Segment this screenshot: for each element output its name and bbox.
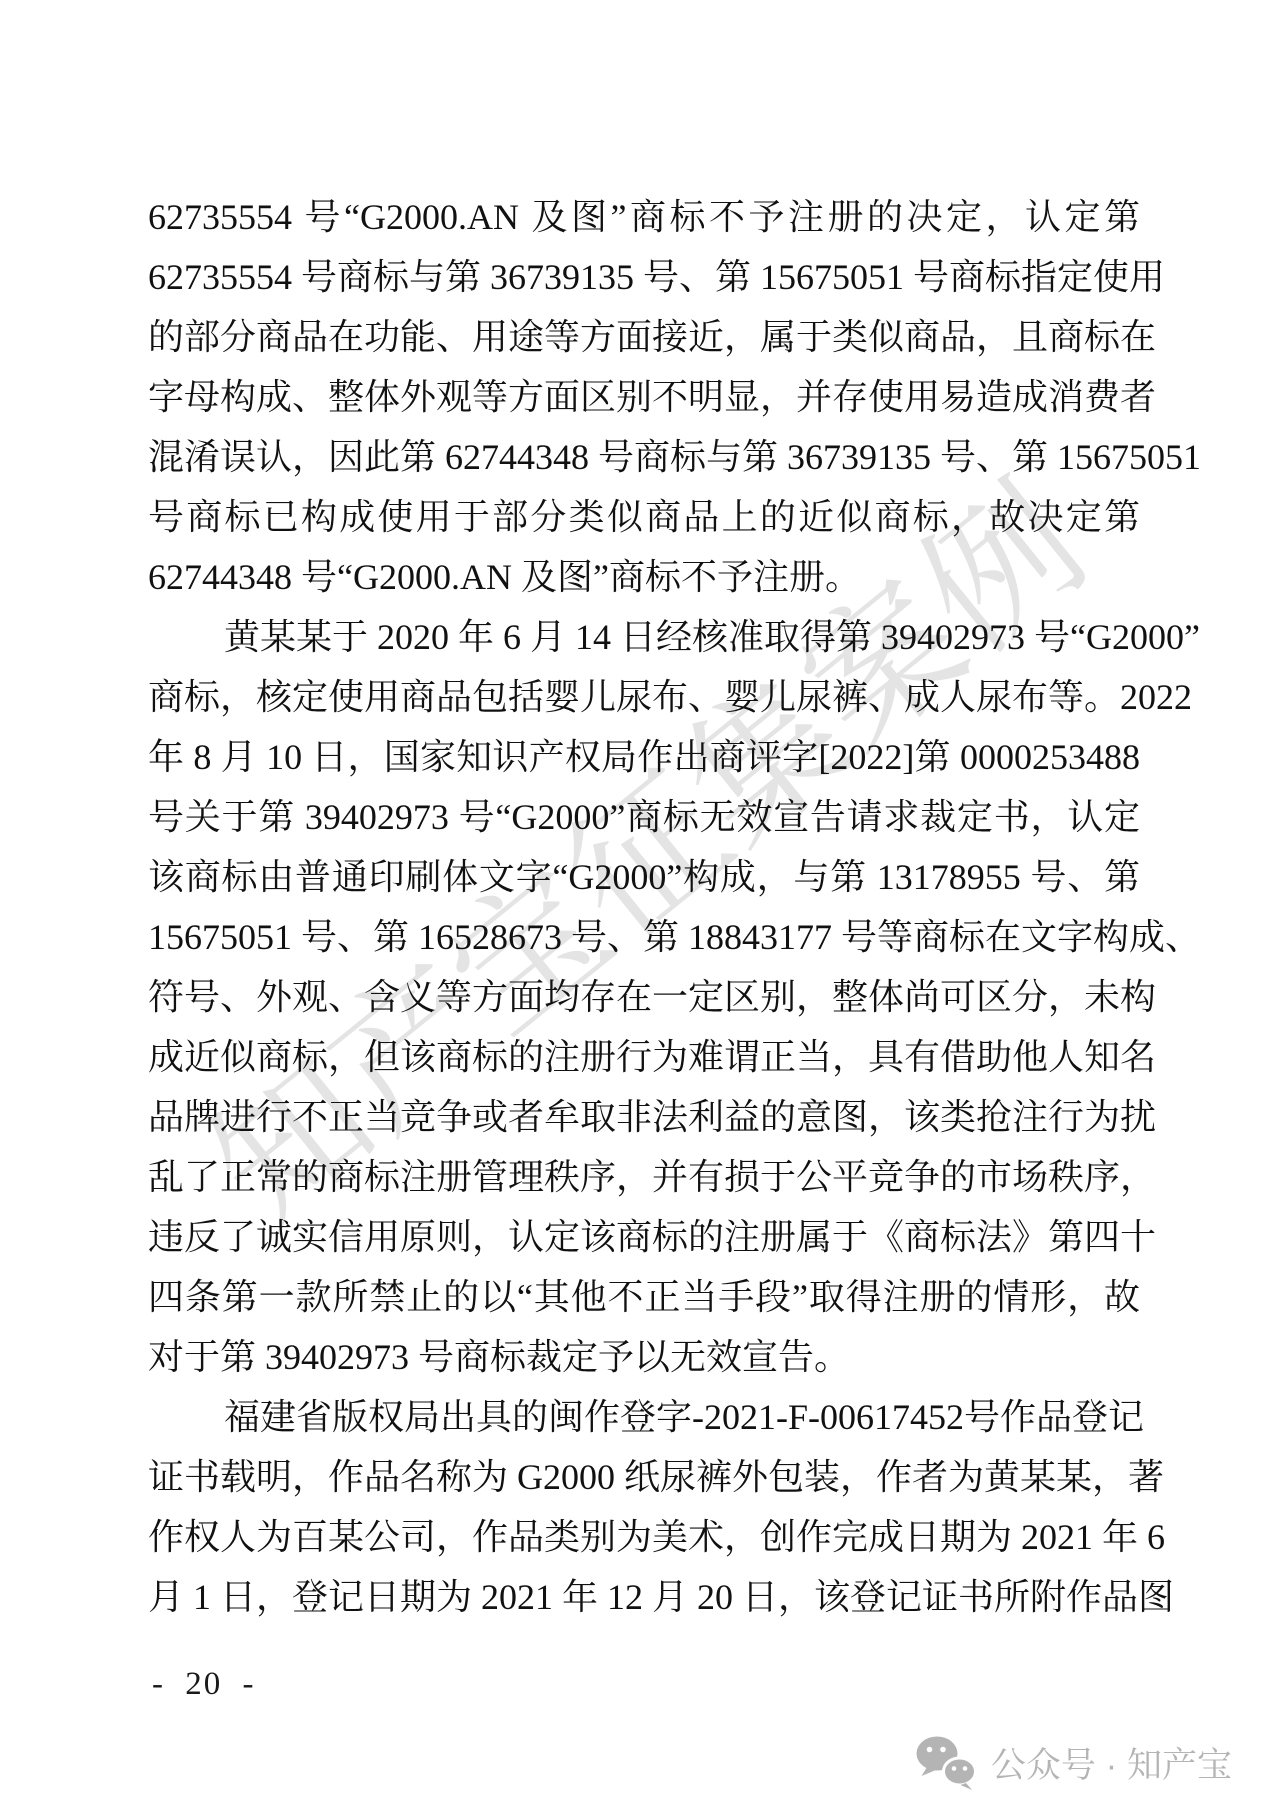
text-line: 该商标由普通印刷体文字“G2000”构成，与第 13178955 号、第 xyxy=(148,847,1140,907)
text-line: 混淆误认，因此第 62744348 号商标与第 36739135 号、第 156… xyxy=(148,427,1140,487)
wechat-footer: 公众号 · 知产宝 xyxy=(915,1734,1232,1792)
text-line: 四条第一款所禁止的以“其他不正当手段”取得注册的情形，故 xyxy=(148,1267,1140,1327)
document-page: 知产宝征集案例 62735554 号“G2000.AN 及图”商标不予注册的决定… xyxy=(0,0,1280,1810)
text-line: 违反了诚实信用原则，认定该商标的注册属于《商标法》第四十 xyxy=(148,1207,1140,1267)
page-number: - 20 - xyxy=(152,1666,255,1703)
text-line: 对于第 39402973 号商标裁定予以无效宣告。 xyxy=(148,1327,1140,1387)
document-body: 62735554 号“G2000.AN 及图”商标不予注册的决定，认定第6273… xyxy=(148,187,1140,1627)
text-line: 品牌进行不正当竞争或者牟取非法利益的意图，该类抢注行为扰 xyxy=(148,1087,1140,1147)
text-line: 作权人为百某公司，作品类别为美术，创作完成日期为 2021 年 6 xyxy=(148,1507,1140,1567)
text-line: 号商标已构成使用于部分类似商品上的近似商标，故决定第 xyxy=(148,487,1140,547)
text-line: 62735554 号“G2000.AN 及图”商标不予注册的决定，认定第 xyxy=(148,187,1140,247)
text-line: 15675051 号、第 16528673 号、第 18843177 号等商标在… xyxy=(148,907,1140,967)
text-line: 号关于第 39402973 号“G2000”商标无效宣告请求裁定书，认定 xyxy=(148,787,1140,847)
text-line: 证书载明，作品名称为 G2000 纸尿裤外包装，作者为黄某某，著 xyxy=(148,1447,1140,1507)
wechat-account-label: 公众号 · 知产宝 xyxy=(991,1738,1232,1788)
text-line: 62735554 号商标与第 36739135 号、第 15675051 号商标… xyxy=(148,247,1140,307)
text-line: 黄某某于 2020 年 6 月 14 日经核准取得第 39402973 号“G2… xyxy=(148,607,1140,667)
text-line: 福建省版权局出具的闽作登字-2021-F-00617452号作品登记 xyxy=(148,1387,1140,1447)
text-line: 商标，核定使用商品包括婴儿尿布、婴儿尿裤、成人尿布等。2022 xyxy=(148,667,1140,727)
text-line: 的部分商品在功能、用途等方面接近，属于类似商品，且商标在 xyxy=(148,307,1140,367)
text-line: 乱了正常的商标注册管理秩序，并有损于公平竞争的市场秩序， xyxy=(148,1147,1140,1207)
text-line: 月 1 日，登记日期为 2021 年 12 月 20 日，该登记证书所附作品图 xyxy=(148,1567,1140,1627)
text-line: 字母构成、整体外观等方面区别不明显，并存使用易造成消费者 xyxy=(148,367,1140,427)
text-line: 符号、外观、含义等方面均存在一定区别，整体尚可区分，未构 xyxy=(148,967,1140,1027)
wechat-icon xyxy=(915,1734,977,1792)
text-line: 年 8 月 10 日，国家知识产权局作出商评字[2022]第 000025348… xyxy=(148,727,1140,787)
text-line: 成近似商标，但该商标的注册行为难谓正当，具有借助他人知名 xyxy=(148,1027,1140,1087)
text-line: 62744348 号“G2000.AN 及图”商标不予注册。 xyxy=(148,547,1140,607)
